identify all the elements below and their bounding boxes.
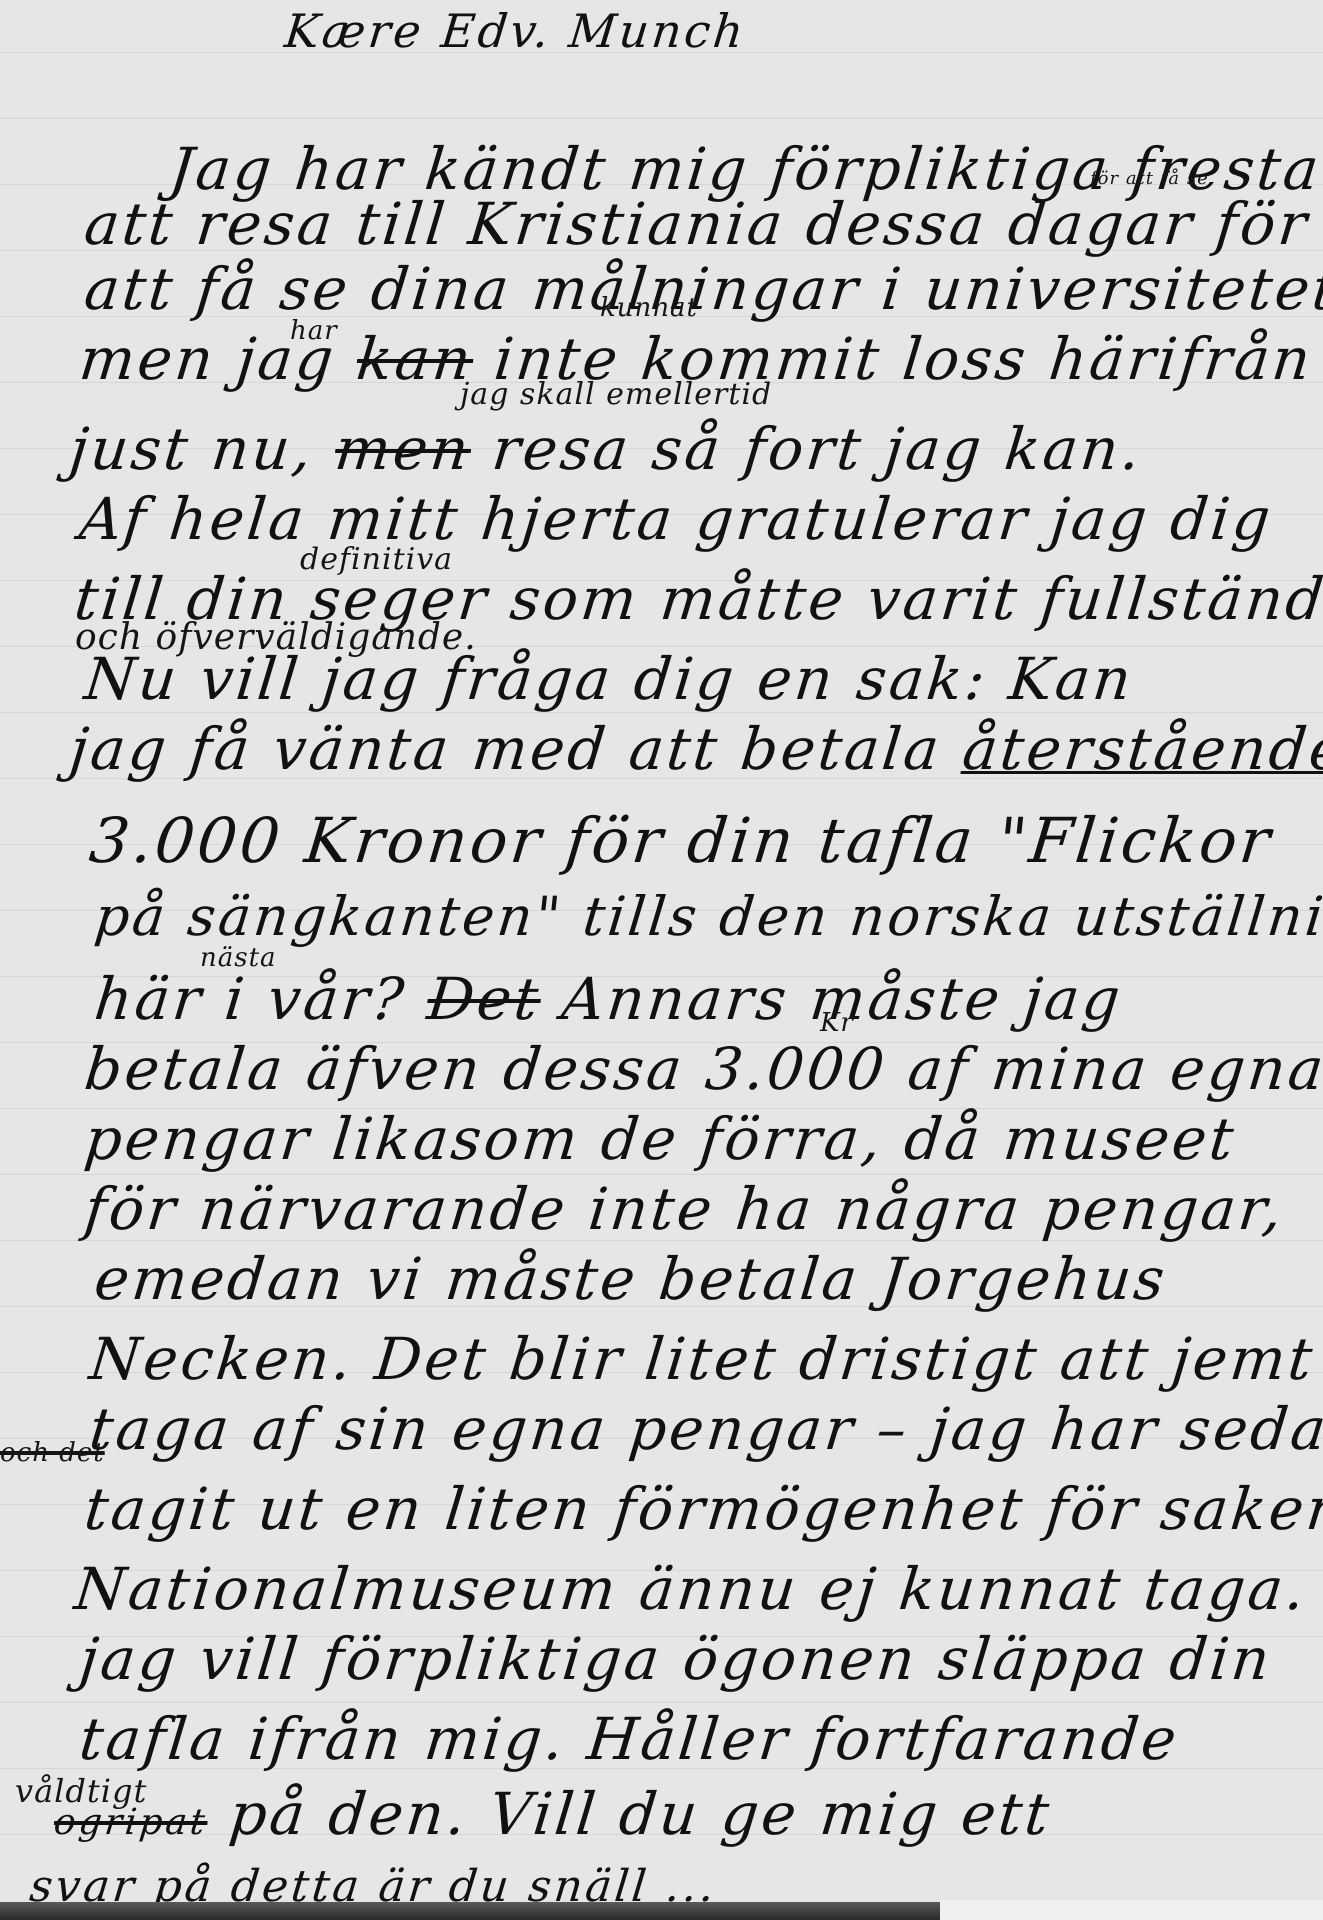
- insertion-line-4b: kunnat: [600, 295, 698, 321]
- scan-edge-light: [940, 1900, 1323, 1920]
- insertion-line-5: jag skall emellertid: [460, 380, 772, 410]
- line-24-part: på den. Vill du ge mig ett: [226, 1780, 1055, 1848]
- letter-line-14: betala äfven dessa 3.000 af mina egna: [82, 1040, 1323, 1098]
- line-5-part-a: just nu,: [66, 415, 317, 483]
- insertion-line-1: för att få se: [1090, 170, 1209, 188]
- letter-line-17: emedan vi måste betala Jorgehus: [92, 1250, 1170, 1308]
- line-13-part-b: i vår?: [222, 965, 410, 1033]
- struck-word: ogripat: [52, 1802, 210, 1843]
- letter-page: Kære Edv. Munch Jag har kändt mig förpli…: [0, 0, 1323, 1900]
- letter-line-23: tafla ifrån mig. Håller fortfarande: [77, 1710, 1182, 1768]
- letter-line-16: för närvarande inte ha några pengar,: [82, 1180, 1288, 1238]
- line-5-part-b: resa så fort jag kan.: [489, 415, 1146, 483]
- insertion-line-20: och det: [0, 1440, 105, 1466]
- line-13-part-a: här: [91, 965, 207, 1033]
- underlined-word: återstående: [959, 715, 1323, 783]
- letter-line-3: att få se dina målningar i universitetet…: [82, 260, 1323, 318]
- letter-line-12: på sängkanten" tills den norska utställn…: [92, 890, 1323, 944]
- letter-line-11: 3.000 Kronor för din tafla "Flickor: [87, 810, 1276, 872]
- letter-line-15: pengar likasom de förra, då museet: [82, 1110, 1239, 1168]
- struck-word: Det: [424, 965, 544, 1033]
- letter-line-2: att resa till Kristiania dessa dagar för: [82, 195, 1312, 253]
- struck-word: kan: [354, 325, 477, 393]
- letter-line-19: taga af sin egna pengar – jag har sedan: [87, 1400, 1323, 1458]
- line-10-part-a: jag få vänta med att betala: [66, 715, 945, 783]
- letter-line-9: Nu vill jag fråga dig en sak: Kan: [82, 650, 1137, 708]
- letter-line-10: jag få vänta med att betala återstående: [67, 720, 1323, 778]
- letter-line-5: just nu, men resa så fort jag kan.: [67, 420, 1146, 478]
- letter-line-24: ogripat på den. Vill du ge mig ett: [52, 1785, 1055, 1843]
- insertion-line-14: Kr: [820, 1010, 854, 1036]
- struck-word: men: [332, 415, 475, 483]
- letter-line-6: Af hela mitt hjerta gratulerar jag dig: [77, 490, 1276, 548]
- letter-line-18: Necken. Det blir litet dristigt att jemt: [87, 1330, 1318, 1388]
- letter-line-20: tagit ut en liten förmögenhet för saker: [82, 1480, 1323, 1538]
- scan-edge: [0, 1902, 940, 1920]
- letter-line-22: jag vill förpliktiga ögonen släppa din: [77, 1630, 1275, 1688]
- salutation: Kære Edv. Munch: [283, 8, 749, 54]
- letter-line-13: här i vår? Det Annars måste jag: [92, 970, 1126, 1028]
- letter-line-21: Nationalmuseum ännu ej kunnat taga. Men: [72, 1560, 1323, 1618]
- insertion-line-4a: har: [290, 318, 338, 344]
